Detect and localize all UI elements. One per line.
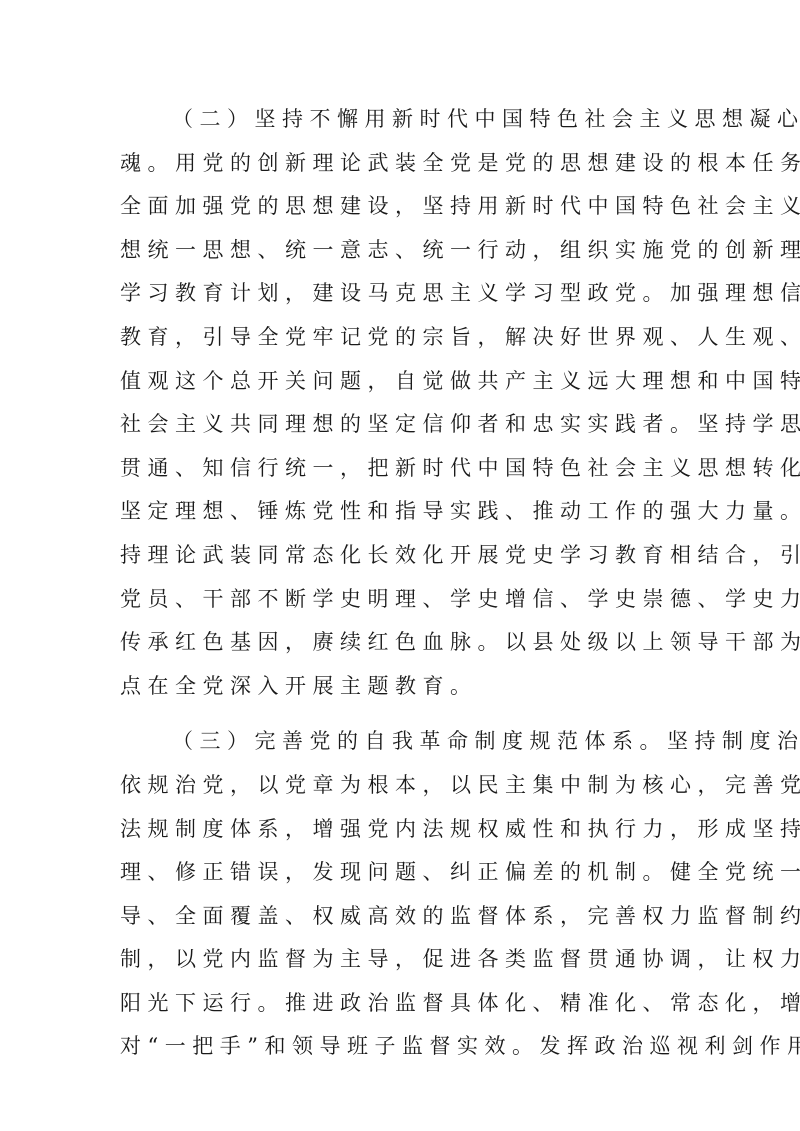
paragraph-line: 阳光下运行。推进政治监督具体化、精准化、常态化，增强	[120, 982, 684, 1026]
document-body: （二）坚持不懈用新时代中国特色社会主义思想凝心铸 魂。用党的创新理论武装全党是党…	[120, 98, 684, 1069]
paragraph-line: 党员、干部不断学史明理、学史增信、学史崇德、学史力行，	[120, 578, 684, 622]
paragraph-line: 传承红色基因，赓续红色血脉。以县处级以上领导干部为重	[120, 621, 684, 665]
paragraph-line: 对“一把手”和领导班子监督实效。发挥政治巡视利剑作用，	[120, 1025, 684, 1069]
paragraph-line: 值观这个总开关问题，自觉做共产主义远大理想和中国特色	[120, 360, 684, 404]
paragraph-line: 魂。用党的创新理论武装全党是党的思想建设的根本任务。	[120, 142, 684, 186]
paragraph-line: 点在全党深入开展主题教育。	[120, 665, 684, 709]
paragraph-3: （三）完善党的自我革命制度规范体系。坚持制度治党、 依规治党，以党章为根本，以民…	[120, 720, 684, 1069]
paragraph-2: （二）坚持不懈用新时代中国特色社会主义思想凝心铸 魂。用党的创新理论武装全党是党…	[120, 98, 684, 708]
paragraph-line: 法规制度体系，增强党内法规权威性和执行力，形成坚持真	[120, 808, 684, 852]
paragraph-spacer	[120, 708, 684, 720]
paragraph-line: 学习教育计划，建设马克思主义学习型政党。加强理想信念	[120, 272, 684, 316]
paragraph-line: 制，以党内监督为主导，促进各类监督贯通协调，让权力在	[120, 938, 684, 982]
paragraph-line: 依规治党，以党章为根本，以民主集中制为核心，完善党内	[120, 764, 684, 808]
paragraph-line: 坚定理想、锤炼党性和指导实践、推动工作的强大力量。坚	[120, 490, 684, 534]
paragraph-line: 社会主义共同理想的坚定信仰者和忠实实践者。坚持学思用	[120, 403, 684, 447]
paragraph-line: （三）完善党的自我革命制度规范体系。坚持制度治党、	[120, 720, 684, 764]
paragraph-line: 全面加强党的思想建设，坚持用新时代中国特色社会主义思	[120, 185, 684, 229]
paragraph-line: 导、全面覆盖、权威高效的监督体系，完善权力监督制约机	[120, 895, 684, 939]
paragraph-line: 贯通、知信行统一，把新时代中国特色社会主义思想转化为	[120, 447, 684, 491]
paragraph-line: （二）坚持不懈用新时代中国特色社会主义思想凝心铸	[120, 98, 684, 142]
paragraph-line: 理、修正错误，发现问题、纠正偏差的机制。健全党统一领	[120, 851, 684, 895]
paragraph-line: 教育，引导全党牢记党的宗旨，解决好世界观、人生观、价	[120, 316, 684, 360]
paragraph-line: 持理论武装同常态化长效化开展党史学习教育相结合，引导	[120, 534, 684, 578]
document-page: （二）坚持不懈用新时代中国特色社会主义思想凝心铸 魂。用党的创新理论武装全党是党…	[0, 0, 800, 1131]
paragraph-line: 想统一思想、统一意志、统一行动，组织实施党的创新理论	[120, 229, 684, 273]
